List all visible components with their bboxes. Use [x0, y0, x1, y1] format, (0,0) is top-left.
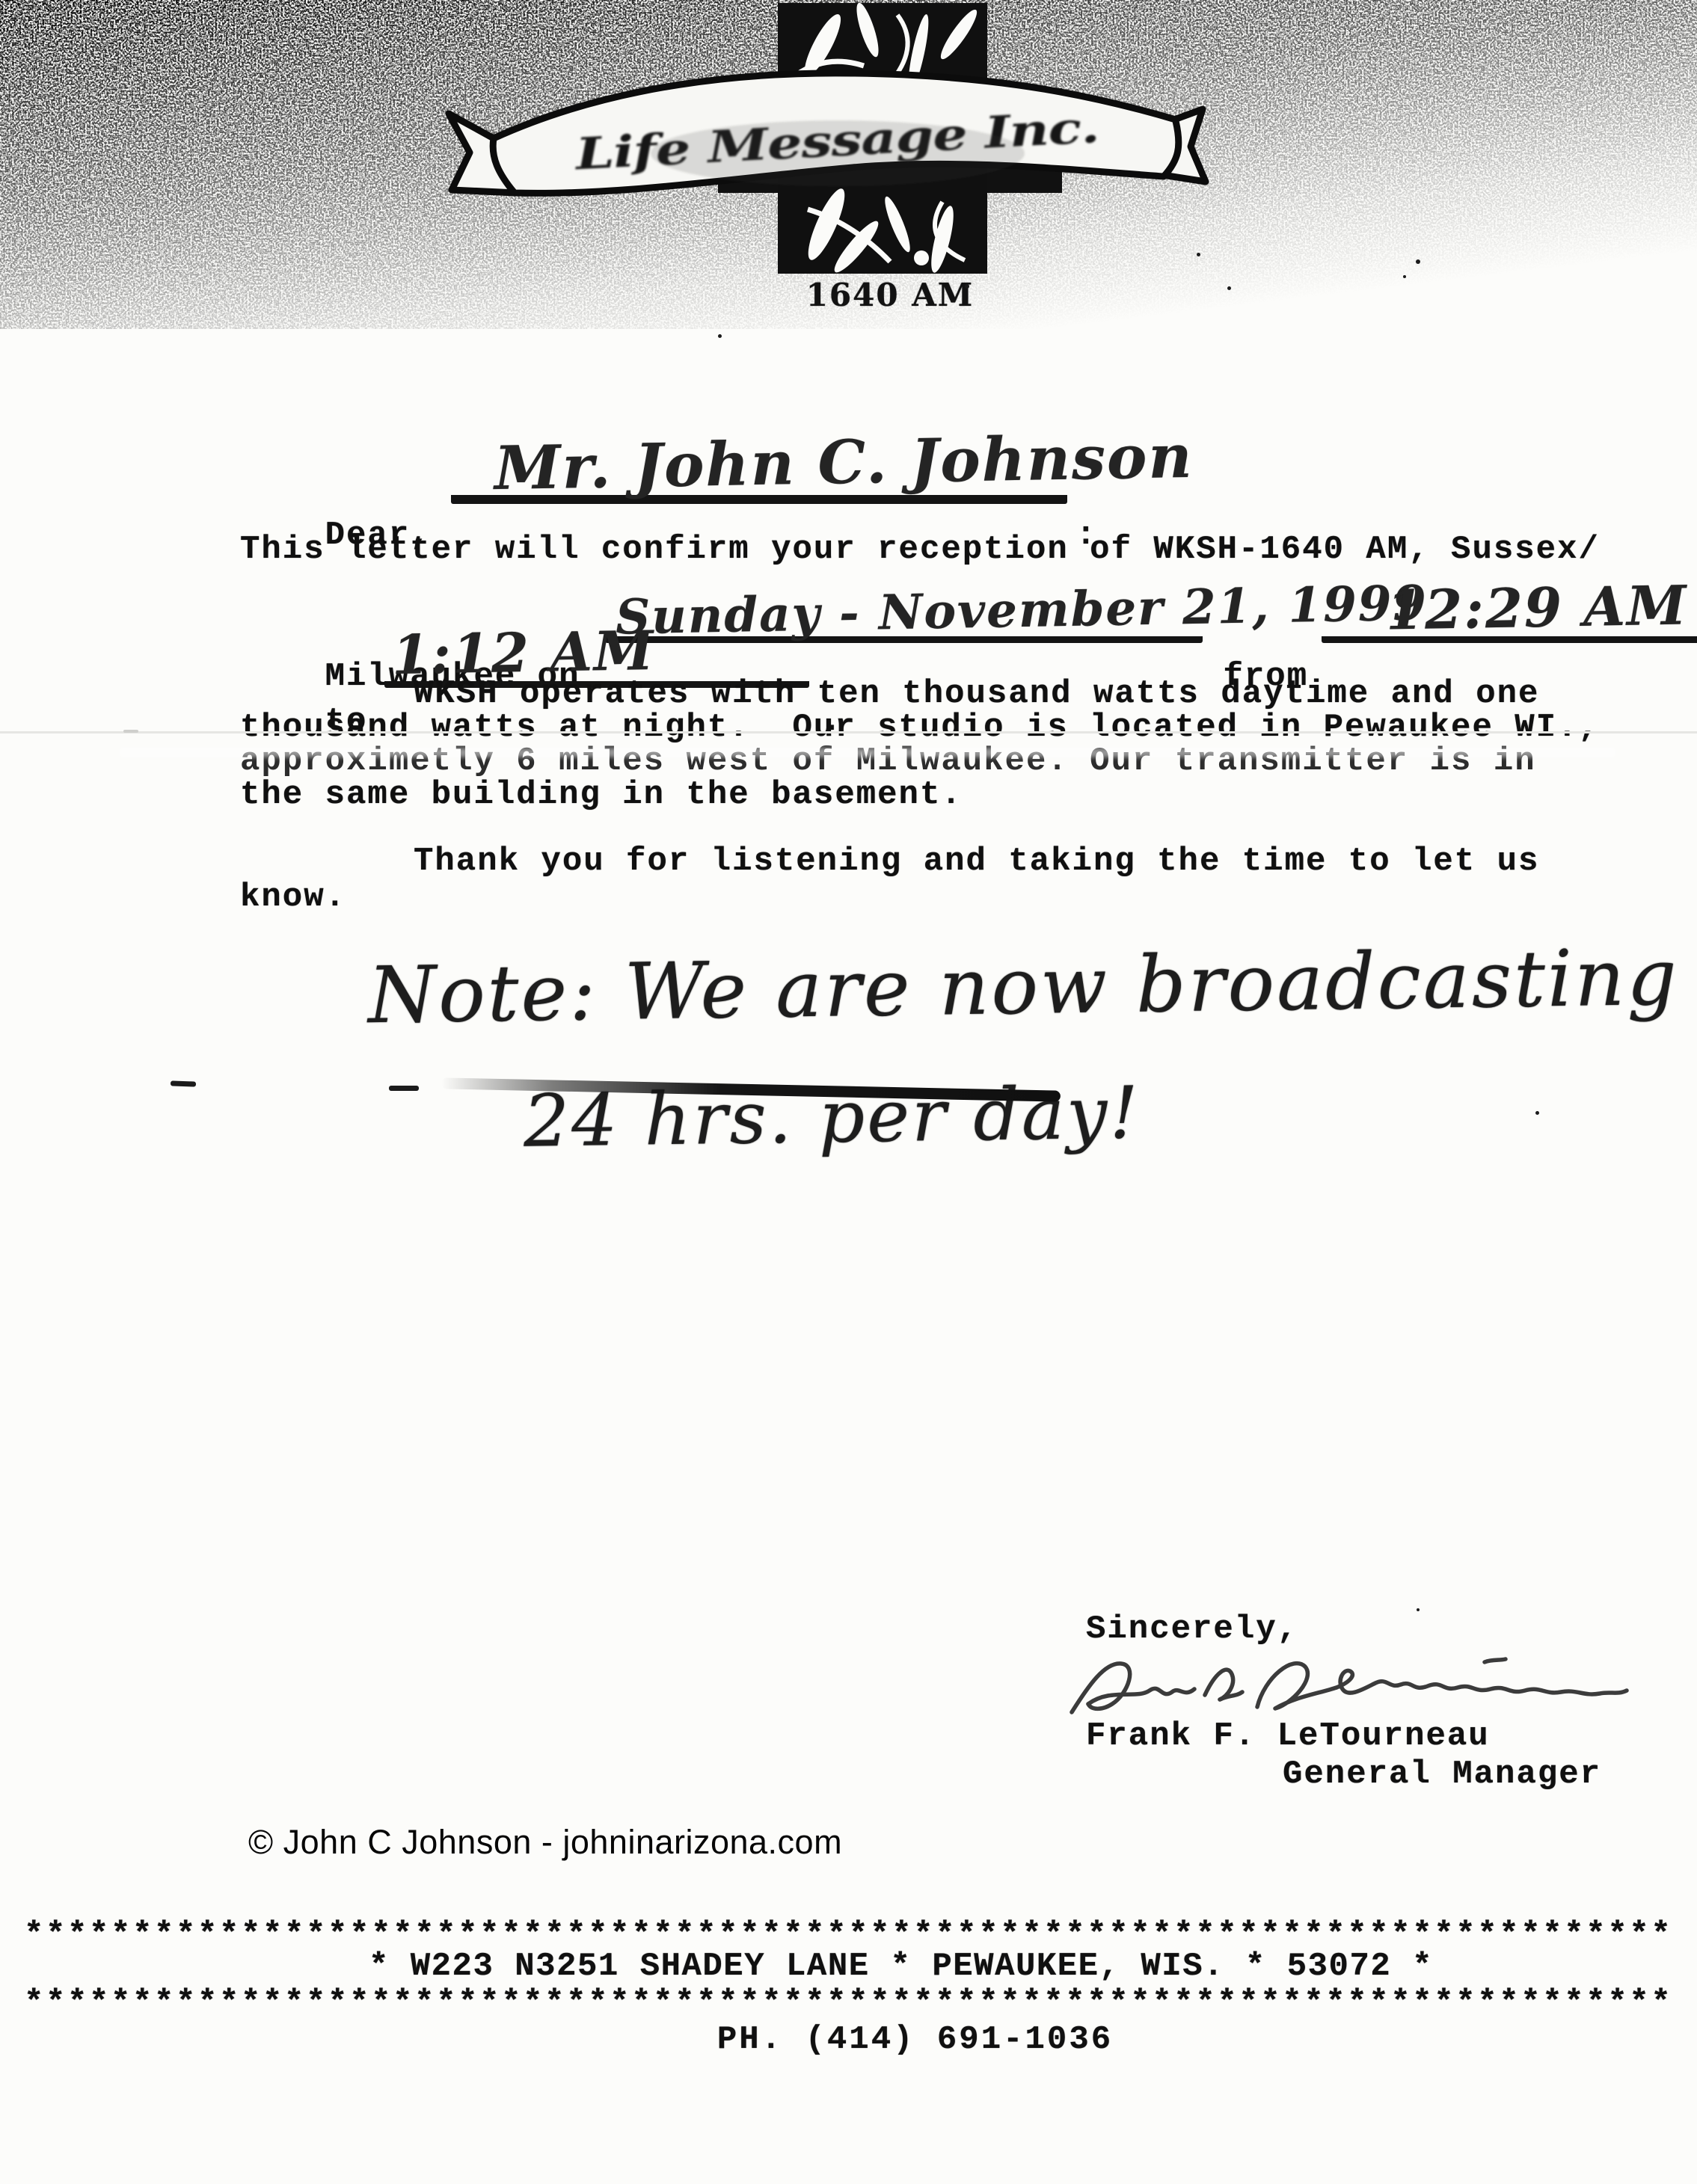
logo-frequency: 1640 AM	[778, 277, 1002, 313]
scan-speck	[1227, 286, 1231, 290]
time-to-handwritten: 1:12 AM	[392, 624, 656, 682]
asterisk-divider-top: ****************************************…	[24, 1919, 1692, 1951]
scan-speck	[1197, 253, 1200, 256]
recipient-name-handwritten: Mr. John C. Johnson	[494, 426, 1194, 498]
scanned-letter-page: Life Message Inc. 1640 AM Dear, Mr. John…	[0, 0, 1697, 2184]
handwritten-note-line1: Note: We are now broadcasting	[367, 932, 1679, 1041]
scan-speck	[718, 334, 722, 338]
scan-speck	[1416, 259, 1420, 264]
signer-title: General Manager	[1283, 1758, 1601, 1791]
paragraph3-line1: Thank you for listening and taking the t…	[414, 845, 1539, 878]
scan-speck	[123, 730, 138, 733]
scan-fade-streak	[120, 748, 1615, 757]
pen-dash	[389, 1086, 419, 1091]
time-from-blank: 12:29 AM	[1322, 603, 1697, 643]
scan-speck	[1403, 275, 1406, 278]
asterisk-divider-bottom: ****************************************…	[24, 1987, 1692, 2020]
paragraph3-line2: know.	[240, 881, 346, 914]
body-line-1: This letter will confirm your reception …	[240, 533, 1600, 566]
signer-name: Frank F. LeTourneau	[1086, 1720, 1490, 1753]
time-from-handwritten: 12:29 AM	[1386, 578, 1689, 637]
logo-ribbon: Life Message Inc.	[449, 73, 1206, 194]
scan-speck	[1417, 1608, 1420, 1611]
recipient-name-blank: Mr. John C. Johnson	[451, 462, 1067, 504]
scan-streak-line	[0, 731, 1697, 733]
pen-dash	[171, 1080, 196, 1086]
scan-speck	[965, 284, 969, 289]
paragraph2-line2: thousand watts at night. Our studio is l…	[240, 711, 1600, 744]
footer-address: * W223 N3251 SHADEY LANE * PEWAUKEE, WIS…	[52, 1950, 1697, 1983]
footer-phone: PH. (414) 691-1036	[67, 2023, 1697, 2056]
copyright-credit: © John C Johnson - johninarizona.com	[248, 1823, 842, 1862]
scan-speck	[1535, 1111, 1539, 1115]
paragraph2-line1: WKSH operates with ten thousand watts da…	[414, 677, 1539, 710]
paragraph2-line4: the same building in the basement.	[240, 778, 963, 811]
